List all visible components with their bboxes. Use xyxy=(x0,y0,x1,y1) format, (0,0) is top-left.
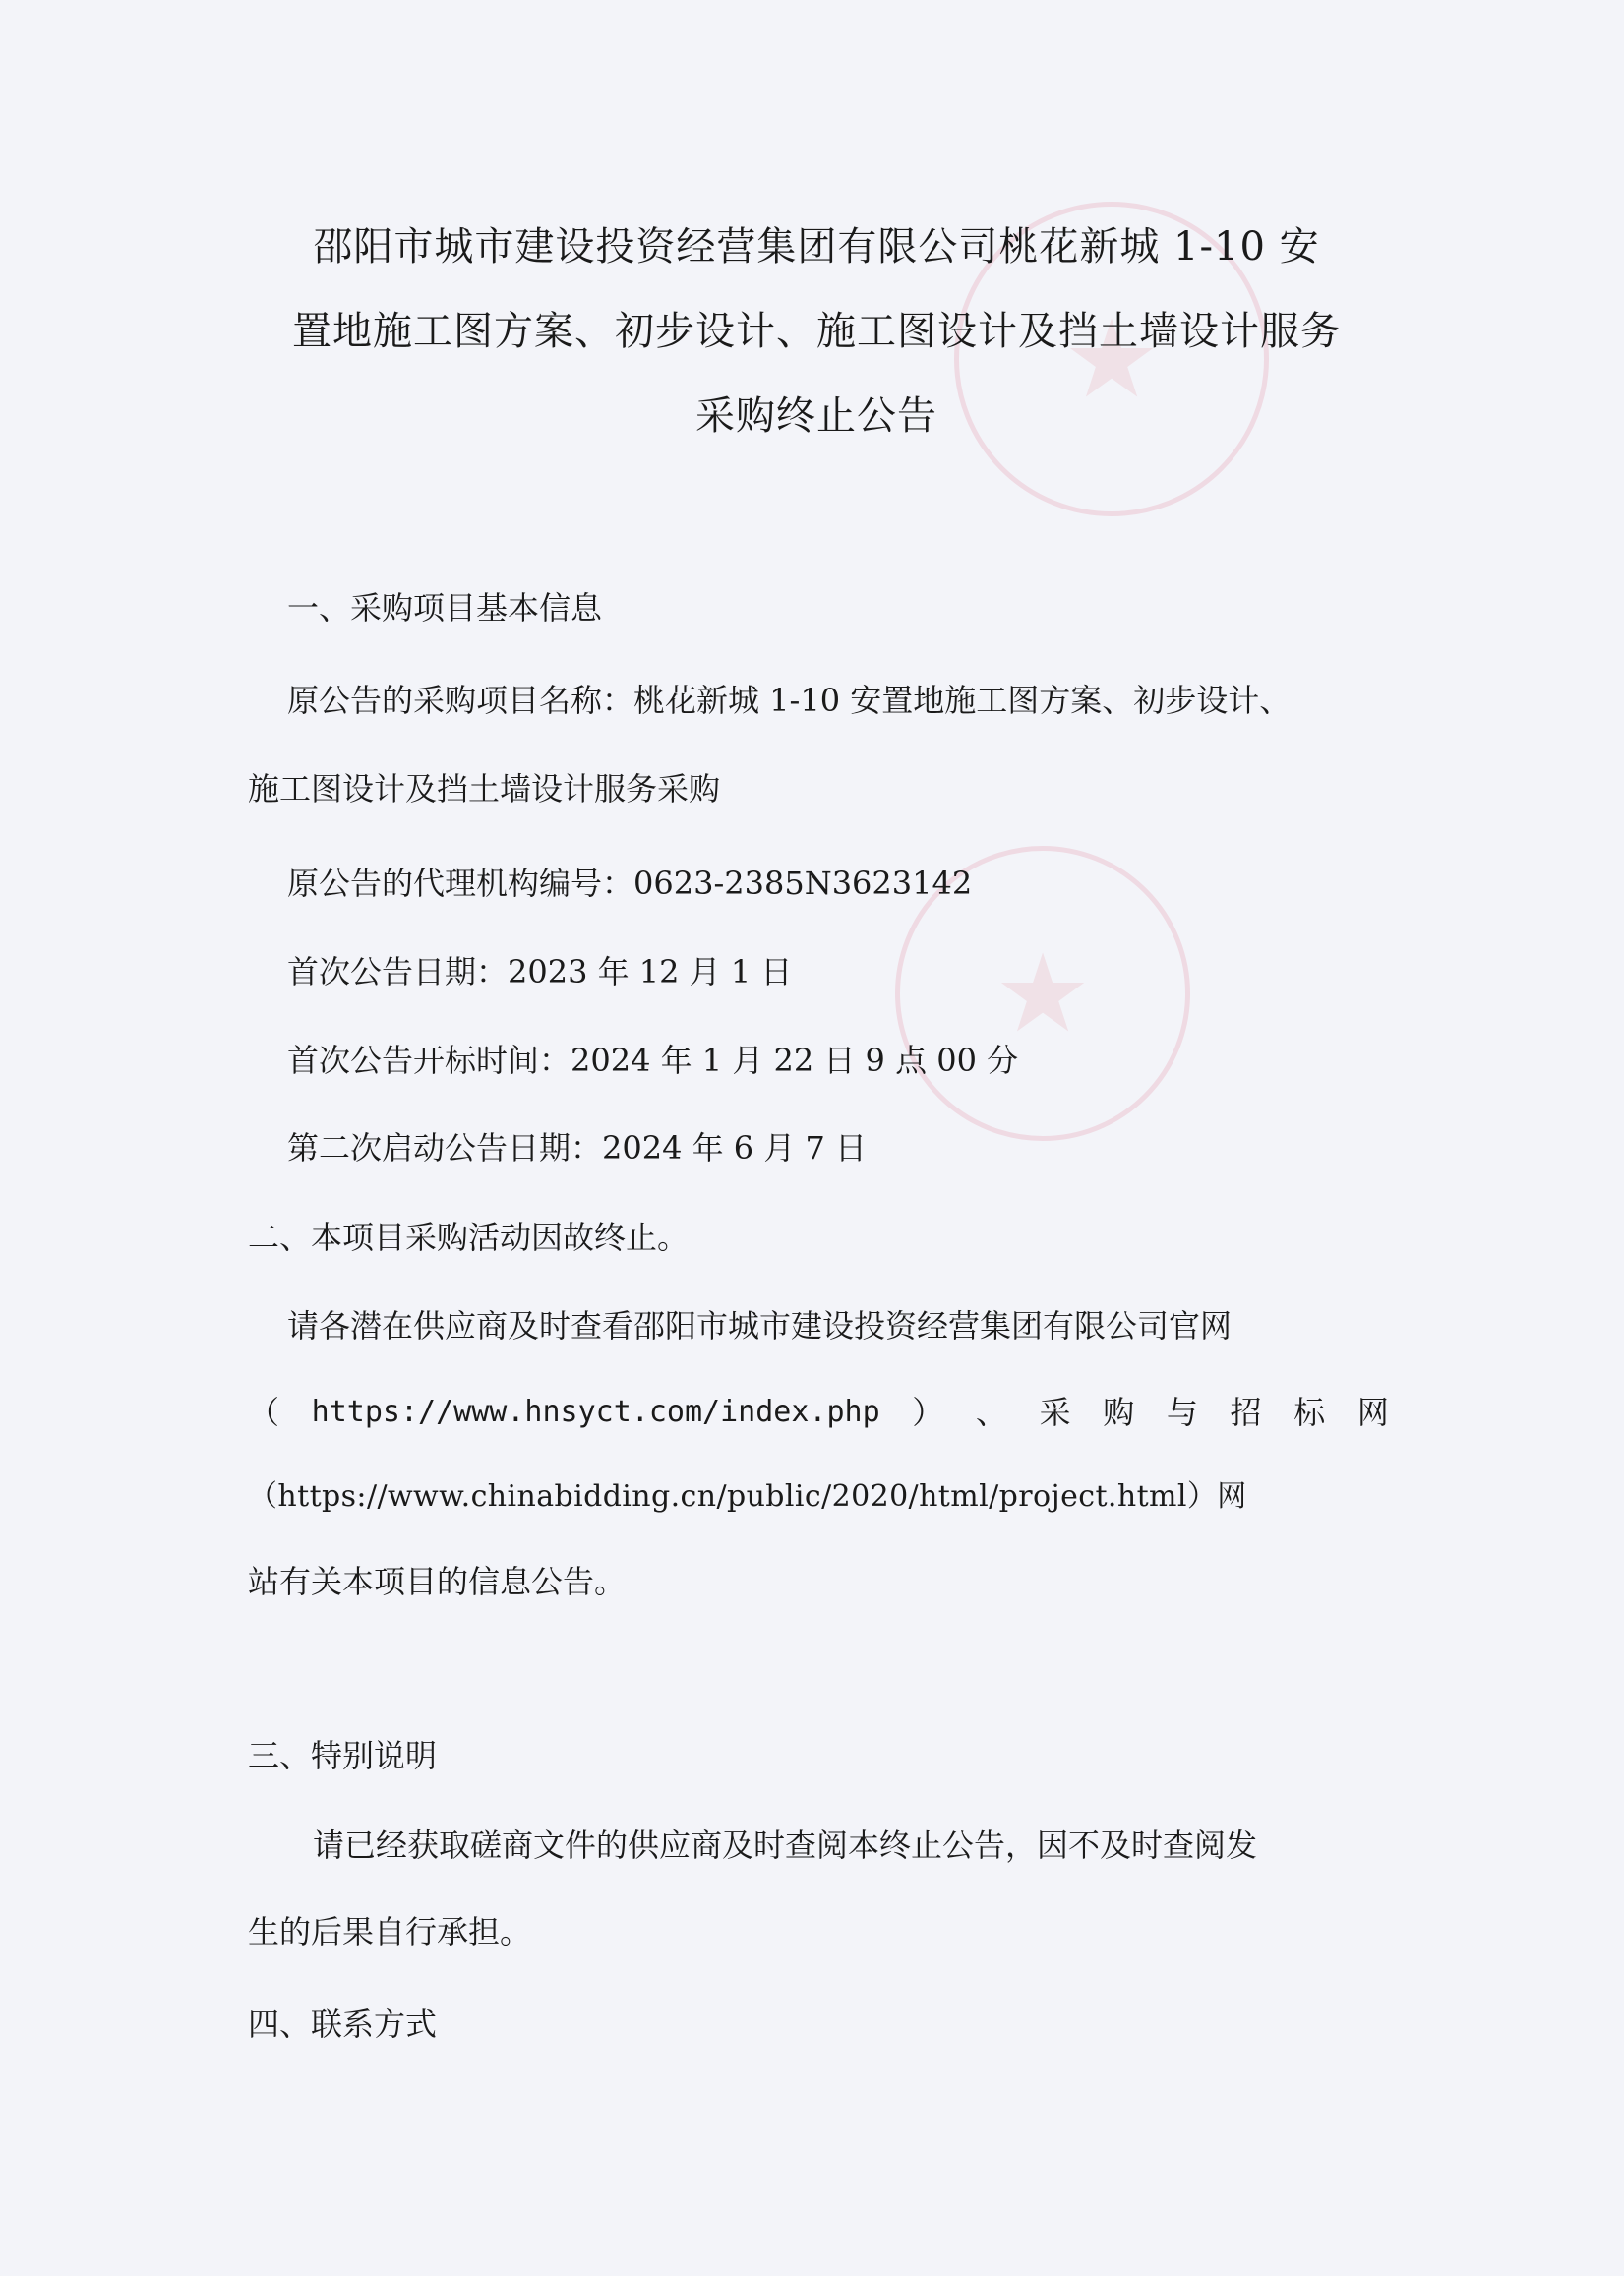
project-name-line: 原公告的采购项目名称：桃花新城 1-10 安置地施工图方案、初步设计、 xyxy=(287,681,1291,720)
section-heading-4: 四、联系方式 xyxy=(248,2005,437,2044)
text-fragment: 、 xyxy=(976,1393,1007,1432)
text-fragment: ） xyxy=(912,1393,943,1432)
text-fragment: （ xyxy=(248,1393,279,1432)
project-name-line: 施工图设计及挡土墙设计服务采购 xyxy=(248,769,720,809)
second-notice-date: 第二次启动公告日期：2024 年 6 月 7 日 xyxy=(287,1128,867,1168)
section-heading-1: 一、采购项目基本信息 xyxy=(287,588,602,628)
section-heading-2: 二、本项目采购活动因故终止。 xyxy=(248,1218,689,1257)
text-fragment: 与 xyxy=(1167,1393,1198,1432)
text-fragment: 招 xyxy=(1231,1393,1262,1432)
text-fragment: 采 xyxy=(1040,1393,1071,1432)
document-title: 邵阳市城市建设投资经营集团有限公司桃花新城 1-10 安 置地施工图方案、初步设… xyxy=(246,205,1387,458)
title-line: 置地施工图方案、初步设计、施工图设计及挡土墙设计服务 xyxy=(246,289,1387,374)
star-icon: ★ xyxy=(994,939,1092,1048)
paragraph-line-justified: （ https://www.hnsyct.com/index.php ） 、 采… xyxy=(248,1393,1389,1432)
website-link-chinabidding[interactable]: （https://www.chinabidding.cn/public/2020… xyxy=(248,1477,1247,1517)
paragraph-line: 生的后果自行承担。 xyxy=(248,1912,531,1951)
first-notice-date: 首次公告日期：2023 年 12 月 1 日 xyxy=(287,952,792,991)
paragraph-line: 请各潜在供应商及时查看邵阳市城市建设投资经营集团有限公司官网 xyxy=(287,1306,1232,1346)
title-line: 采购终止公告 xyxy=(246,374,1387,458)
paragraph-line: 站有关本项目的信息公告。 xyxy=(248,1562,626,1601)
section-heading-3: 三、特别说明 xyxy=(248,1736,437,1775)
agency-number: 原公告的代理机构编号：0623-2385N3623142 xyxy=(287,864,972,903)
first-bid-opening-time: 首次公告开标时间：2024 年 1 月 22 日 9 点 00 分 xyxy=(287,1041,1018,1080)
website-link-hnsyct[interactable]: https://www.hnsyct.com/index.php xyxy=(312,1393,880,1432)
title-line: 邵阳市城市建设投资经营集团有限公司桃花新城 1-10 安 xyxy=(246,205,1387,289)
text-fragment: 网 xyxy=(1357,1393,1389,1432)
scanned-page: ★ ★ 邵阳市城市建设投资经营集团有限公司桃花新城 1-10 安 置地施工图方案… xyxy=(0,0,1624,2276)
text-fragment: 购 xyxy=(1103,1393,1134,1432)
text-fragment: 标 xyxy=(1293,1393,1325,1432)
paragraph-line: 请已经获取磋商文件的供应商及时查阅本终止公告，因不及时查阅发 xyxy=(313,1826,1257,1865)
